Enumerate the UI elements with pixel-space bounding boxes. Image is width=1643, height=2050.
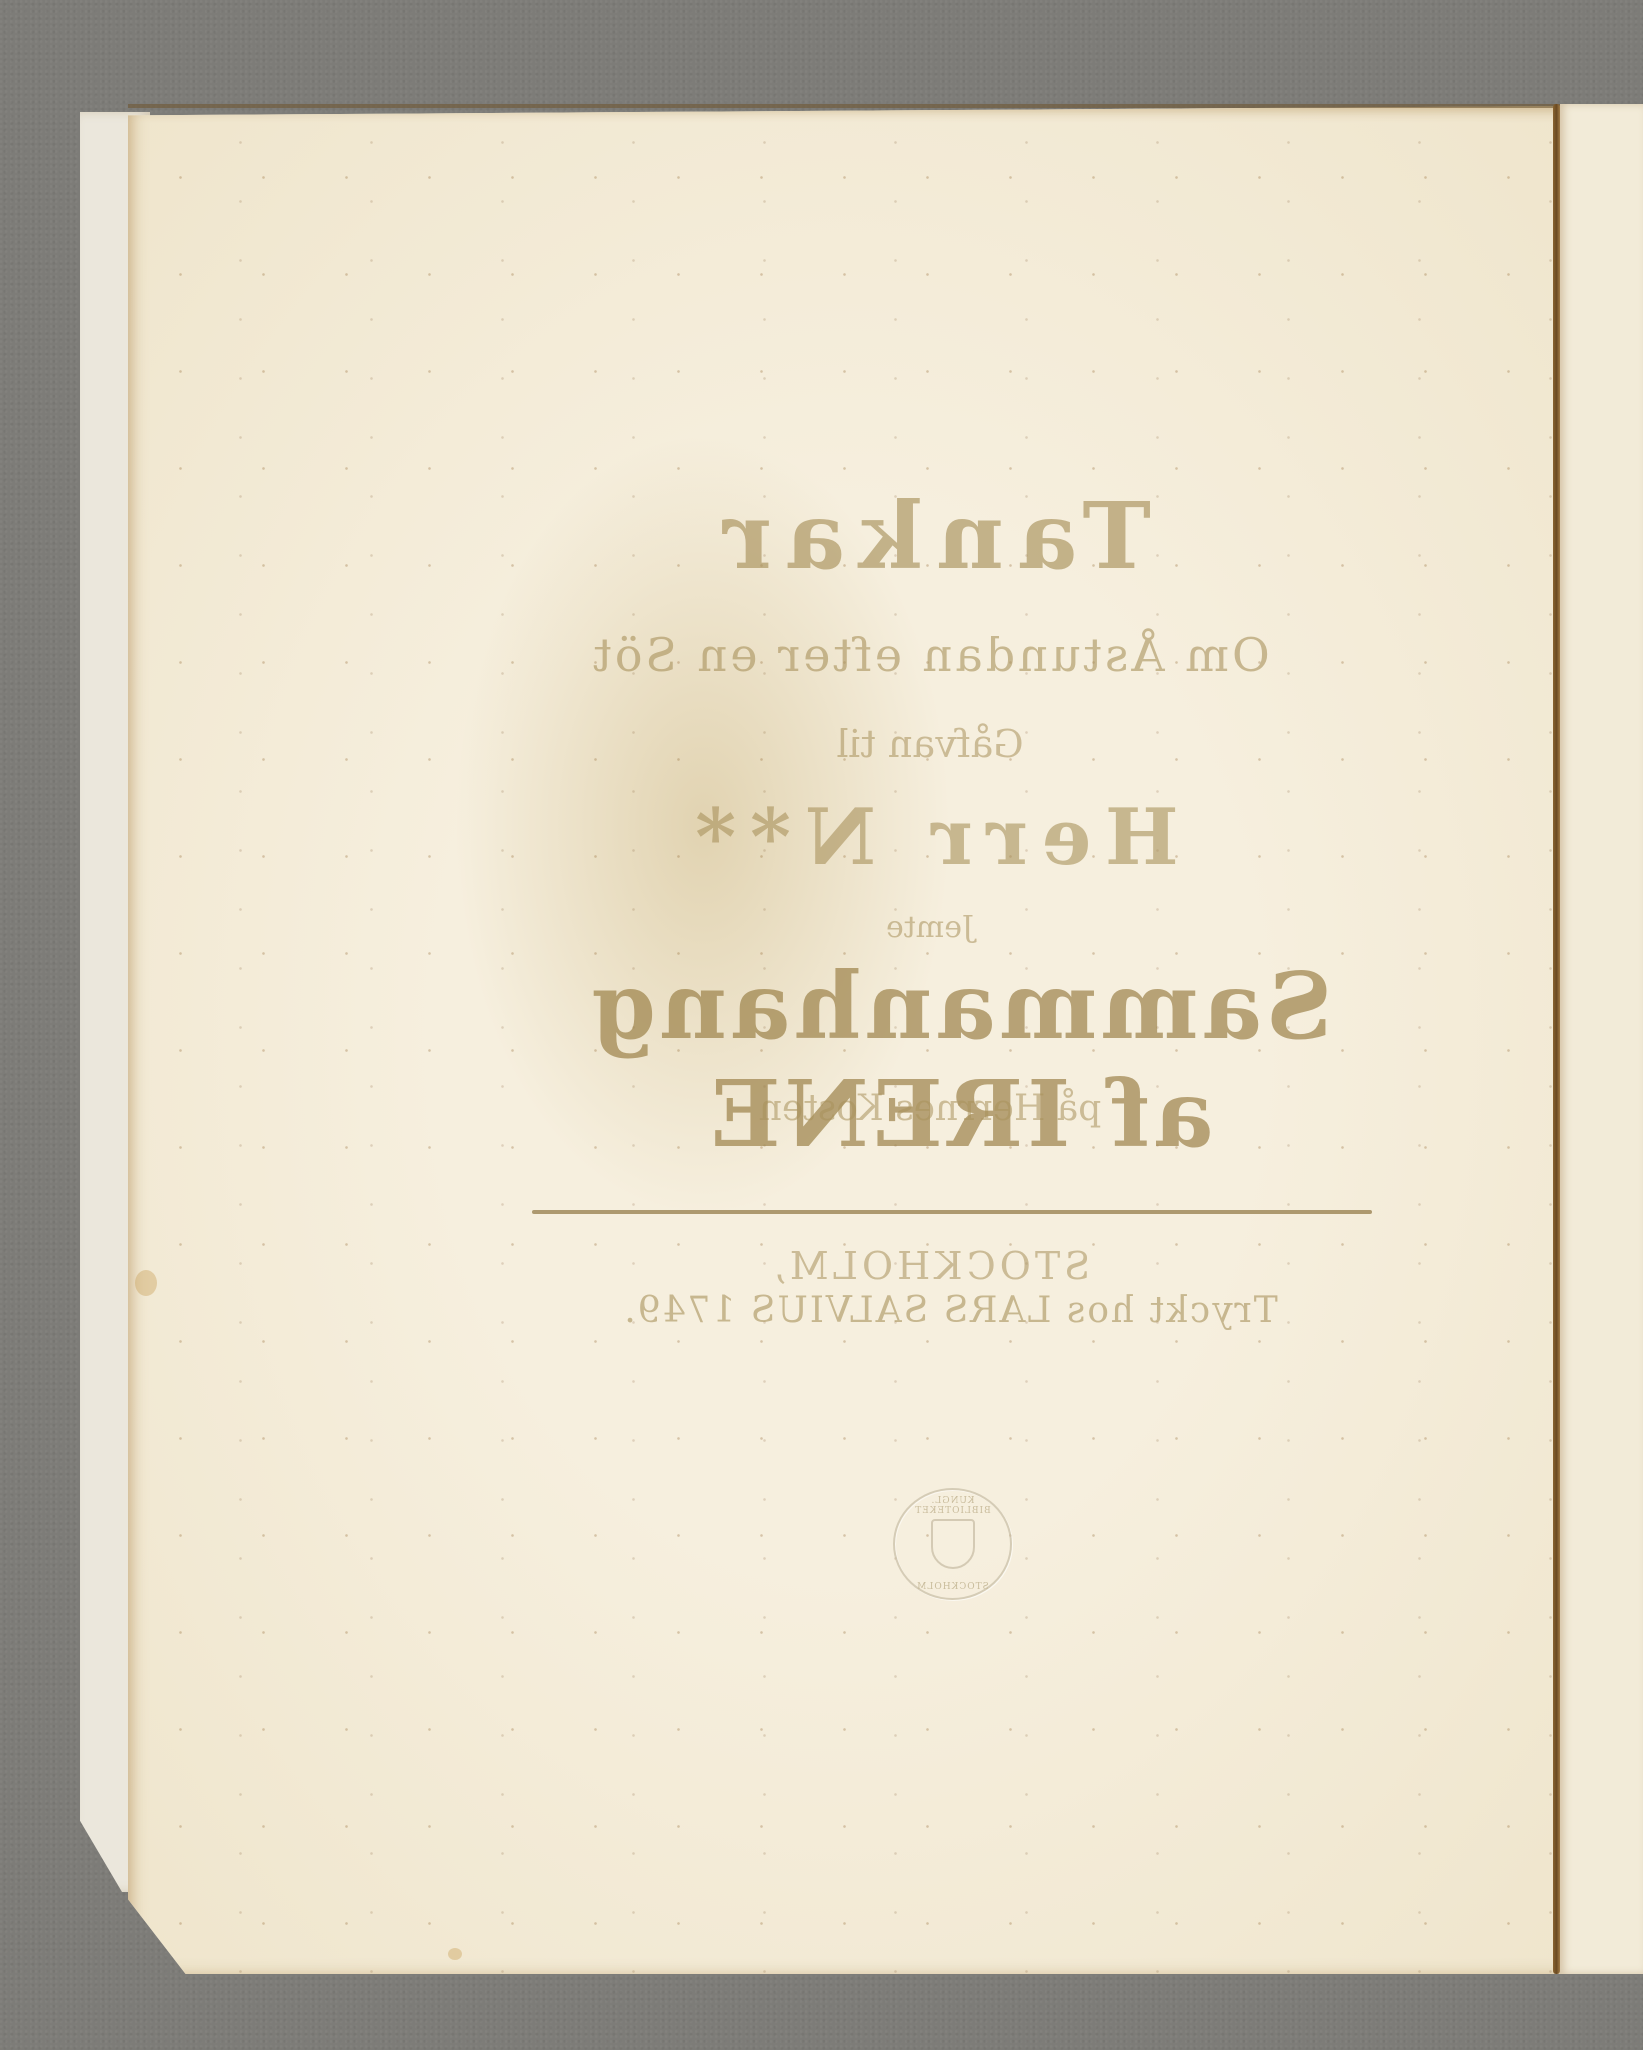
subtitle-text-1: Om Åstundan efter en Söt [470,628,1390,682]
library-emboss-stamp: KUNGL. BIBLIOTEKET STOCKHOLM [893,1488,1012,1600]
conjunction-text: Jemte [470,910,1390,945]
horizontal-rule [532,1210,1372,1214]
stamp-text-top: KUNGL. BIBLIOTEKET [895,1496,1010,1516]
name-text: Herr N** [470,792,1390,883]
subheading-text: på Herrnes Kosten [470,1088,1390,1129]
subtitle-line-2: Gåfvan til [470,722,1390,766]
name-line: Herr N** [470,792,1390,883]
title-text: Tankar [470,482,1390,590]
imprint-printer-line: Tryckt hos LARS SALVIUS 1749. [570,1290,1330,1331]
main-heading-line: Sammanhang af IRENE [520,952,1400,1168]
imprint-printer-text: Tryckt hos LARS SALVIUS 1749. [570,1290,1330,1331]
title-line: Tankar [470,482,1390,590]
subheading-line: på Herrnes Kosten [470,1088,1390,1129]
shield-crest-icon [931,1519,975,1569]
stamp-text-bottom: STOCKHOLM [895,1582,1010,1592]
imprint-place-line: STOCKHOLM, [470,1244,1390,1288]
main-heading-text: Sammanhang af IRENE [520,952,1400,1168]
subtitle-text-2: Gåfvan til [470,722,1390,766]
conjunction-line: Jemte [470,910,1390,945]
imprint-place-text: STOCKHOLM, [470,1244,1390,1288]
subtitle-line-1: Om Åstundan efter en Söt [470,628,1390,682]
showthrough-text-block: Tankar Om Åstundan efter en Söt Gåfvan t… [0,0,1643,2050]
